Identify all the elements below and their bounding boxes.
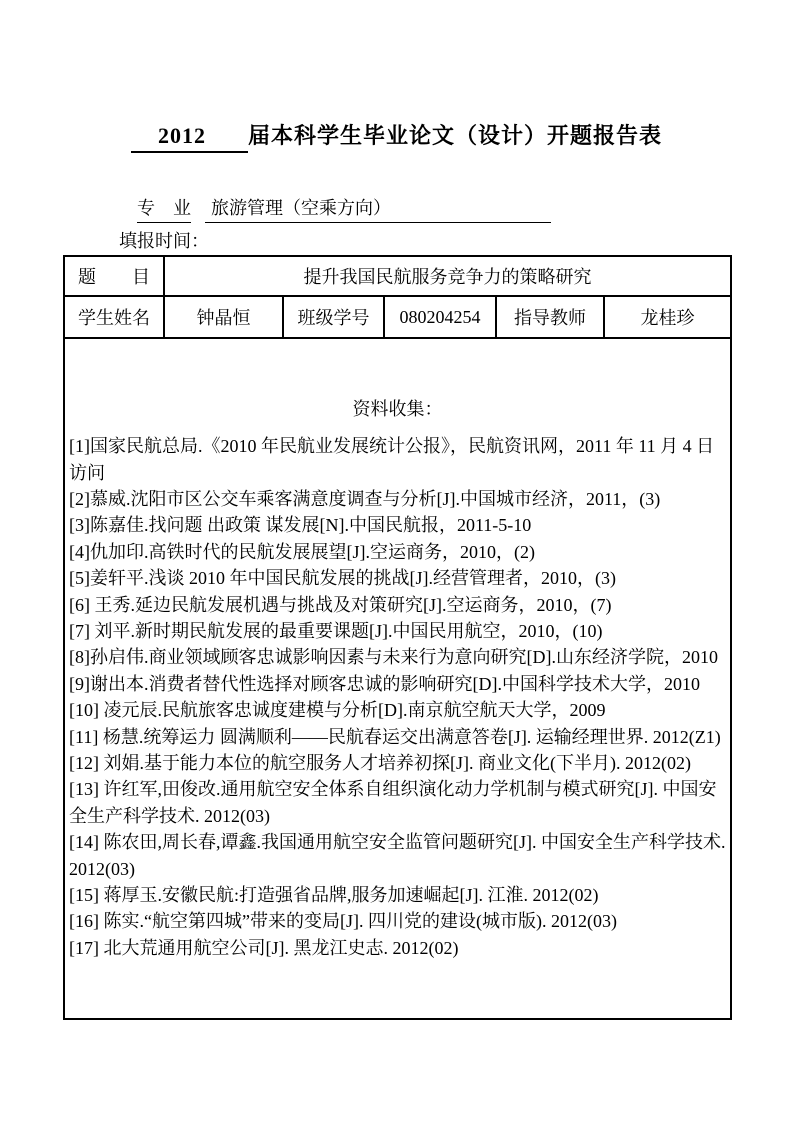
reference-list: [1]国家民航总局.《2010 年民航业发展统计公报》，民航资讯网，2011 年… bbox=[69, 433, 726, 961]
title-text: 届本科学生毕业论文（设计）开题报告表 bbox=[248, 123, 662, 148]
title-year-blank: 2012 bbox=[131, 123, 248, 153]
advisor-label-cell: 指导教师 bbox=[496, 296, 604, 338]
reference-entry: [12] 刘娟.基于能力本位的航空服务人才培养初探[J]. 商业文化(下半月).… bbox=[69, 750, 726, 776]
major-label: 专 业 bbox=[137, 194, 191, 223]
document-page: 2012届本科学生毕业论文（设计）开题报告表 专 业旅游管理（空乘方向） 填报时… bbox=[0, 0, 793, 1122]
class-id-cell: 080204254 bbox=[384, 296, 496, 338]
materials-section-label: 资料收集： bbox=[69, 396, 726, 422]
reference-entry: [15] 蒋厚玉.安徽民航:打造强省品牌,服务加速崛起[J]. 江淮. 2012… bbox=[69, 882, 726, 908]
reference-entry: [2]慕威.沈阳市区公交车乘客满意度调查与分析[J].中国城市经济，2011，(… bbox=[69, 486, 726, 512]
materials-row: 资料收集： [1]国家民航总局.《2010 年民航业发展统计公报》，民航资讯网，… bbox=[64, 338, 731, 1019]
student-name-label-cell: 学生姓名 bbox=[64, 296, 164, 338]
student-name-cell: 钟晶恒 bbox=[164, 296, 283, 338]
page-title: 2012届本科学生毕业论文（设计）开题报告表 bbox=[0, 119, 793, 153]
report-date-label: 填报时间： bbox=[119, 227, 209, 253]
reference-entry: [14] 陈农田,周长春,谭鑫.我国通用航空安全监管问题研究[J]. 中国安全生… bbox=[69, 829, 726, 882]
major-value: 旅游管理（空乘方向） bbox=[205, 194, 551, 223]
class-id-label-cell: 班级学号 bbox=[283, 296, 384, 338]
topic-row: 题 目 提升我国民航服务竞争力的策略研究 bbox=[64, 256, 731, 296]
reference-entry: [3]陈嘉佳.找问题 出政策 谋发展[N].中国民航报，2011-5-10 bbox=[69, 512, 726, 538]
topic-value-cell: 提升我国民航服务竞争力的策略研究 bbox=[164, 256, 731, 296]
reference-entry: [9]谢出本.消费者替代性选择对顾客忠诚的影响研究[D].中国科学技术大学，20… bbox=[69, 671, 726, 697]
materials-cell: 资料收集： [1]国家民航总局.《2010 年民航业发展统计公报》，民航资讯网，… bbox=[64, 338, 731, 1019]
reference-entry: [10] 凌元辰.民航旅客忠诚度建模与分析[D].南京航空航天大学，2009 bbox=[69, 697, 726, 723]
reference-entry: [13] 许红军,田俊改.通用航空安全体系自组织演化动力学机制与模式研究[J].… bbox=[69, 776, 726, 829]
reference-entry: [4]仇加印.高铁时代的民航发展展望[J].空运商务，2010，(2) bbox=[69, 539, 726, 565]
reference-entry: [16] 陈实.“航空第四城”带来的变局[J]. 四川党的建设(城市版). 20… bbox=[69, 908, 726, 934]
reference-entry: [17] 北大荒通用航空公司[J]. 黑龙江史志. 2012(02) bbox=[69, 935, 726, 961]
reference-entry: [1]国家民航总局.《2010 年民航业发展统计公报》，民航资讯网，2011 年… bbox=[69, 433, 726, 486]
reference-entry: [7] 刘平.新时期民航发展的最重要课题[J].中国民用航空，2010，(10) bbox=[69, 618, 726, 644]
reference-entry: [6] 王秀.延边民航发展机遇与挑战及对策研究[J].空运商务，2010，(7) bbox=[69, 592, 726, 618]
reference-entry: [11] 杨慧.统筹运力 圆满顺利——民航春运交出满意答卷[J]. 运输经理世界… bbox=[69, 724, 726, 750]
topic-label-cell: 题 目 bbox=[64, 256, 164, 296]
report-table: 题 目 提升我国民航服务竞争力的策略研究 学生姓名 钟晶恒 班级学号 08020… bbox=[63, 255, 732, 1020]
reference-entry: [8]孙启伟.商业领域顾客忠诚影响因素与未来行为意向研究[D].山东经济学院，2… bbox=[69, 644, 726, 670]
reference-entry: [5]姜轩平.浅谈 2010 年中国民航发展的挑战[J].经营管理者，2010，… bbox=[69, 565, 726, 591]
advisor-name-cell: 龙桂珍 bbox=[604, 296, 731, 338]
major-field: 专 业旅游管理（空乘方向） bbox=[137, 194, 551, 223]
student-info-row: 学生姓名 钟晶恒 班级学号 080204254 指导教师 龙桂珍 bbox=[64, 296, 731, 338]
